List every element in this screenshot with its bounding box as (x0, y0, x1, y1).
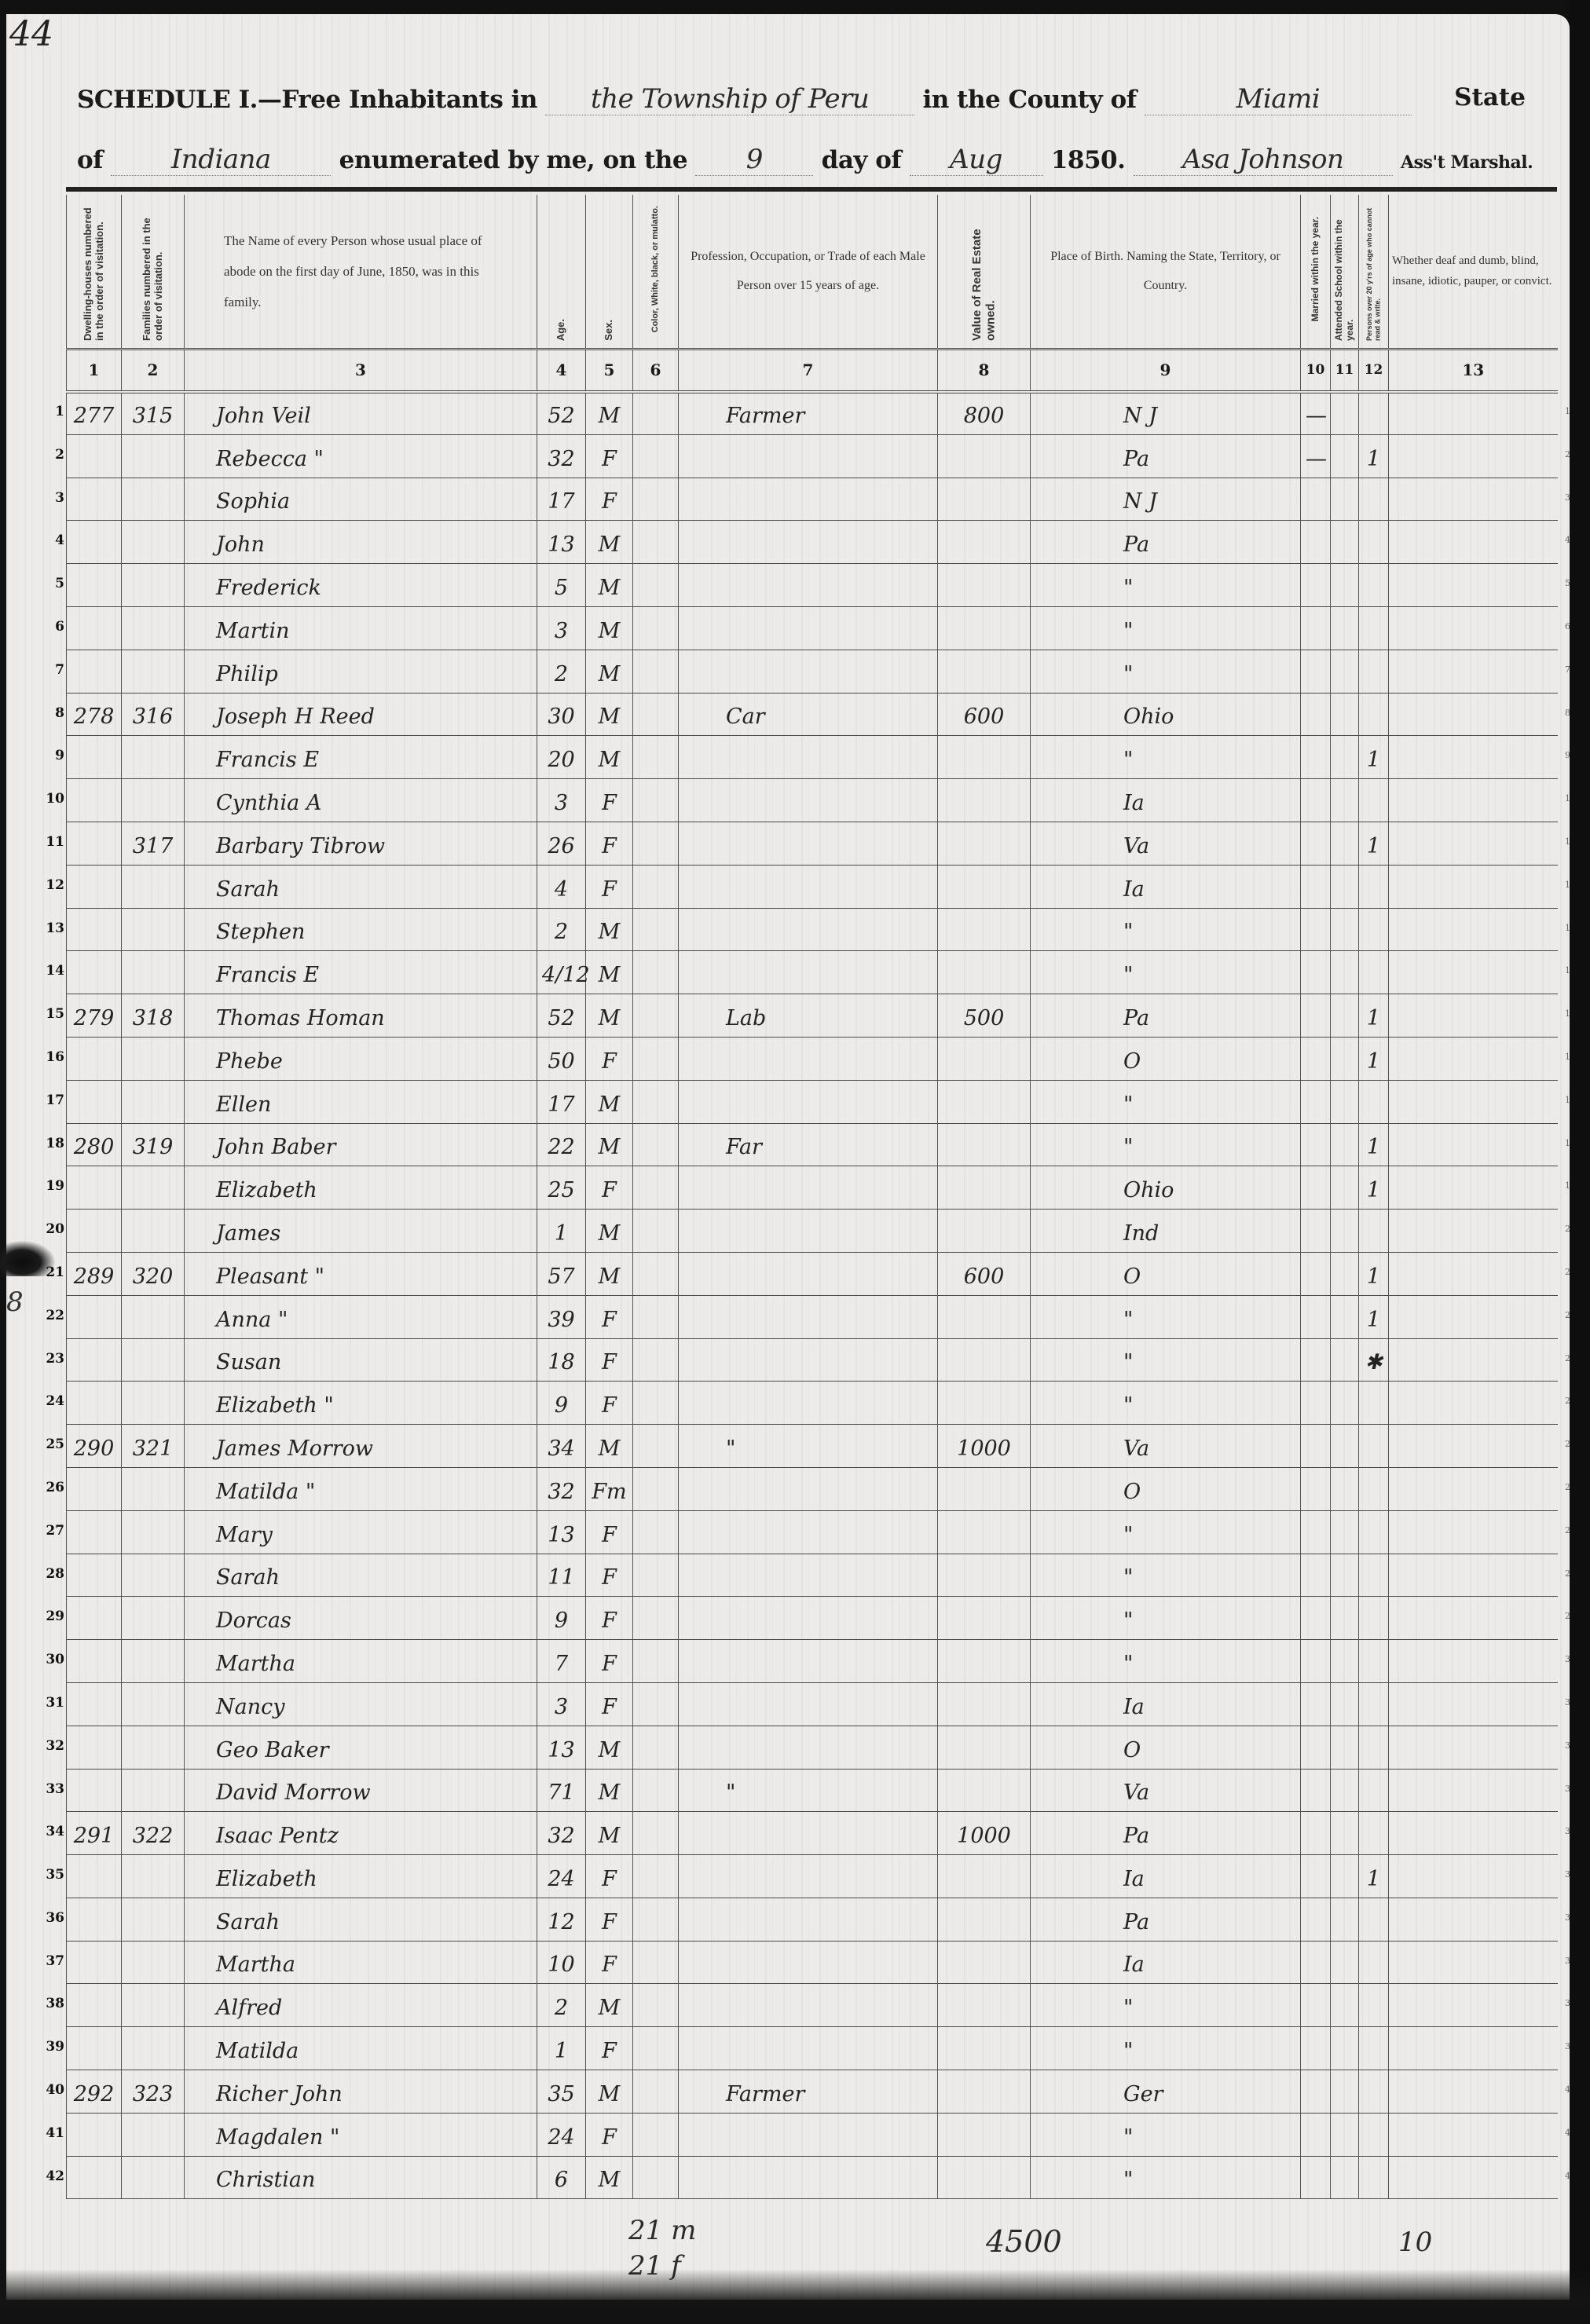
family-number (122, 1682, 185, 1726)
real-estate-value (938, 951, 1031, 994)
color (633, 1812, 679, 1855)
line-number: 15 (35, 993, 69, 1036)
condition (1389, 1338, 1558, 1382)
sex: F (586, 2027, 633, 2070)
real-estate-value (938, 1123, 1031, 1166)
dwelling-number (67, 1166, 122, 1210)
age: 12 (537, 1898, 586, 1941)
color (633, 392, 679, 435)
age: 32 (537, 1812, 586, 1855)
dwelling-number: 291 (67, 1812, 122, 1855)
school-mark (1331, 2113, 1359, 2156)
dwelling-number (67, 564, 122, 607)
real-estate-value (938, 1941, 1031, 1984)
occupation (679, 521, 938, 564)
color (633, 736, 679, 779)
birthplace: Va (1031, 1425, 1301, 1468)
table-row: Dorcas9F" (67, 1597, 1558, 1640)
line-number: 23 (35, 1338, 69, 1381)
condition (1389, 822, 1558, 865)
illiterate-mark (1359, 1984, 1389, 2027)
line-number: 36 (35, 1897, 69, 1940)
person-name: Matilda " (185, 1467, 537, 1510)
condition (1389, 1597, 1558, 1640)
married-mark (1301, 521, 1331, 564)
table-row: Susan18F"✱ (67, 1338, 1558, 1382)
condition (1389, 865, 1558, 908)
dwelling-number (67, 1597, 122, 1640)
occupation: Car (679, 693, 938, 736)
dwelling-number: 280 (67, 1123, 122, 1166)
person-name: Christian (185, 2156, 537, 2199)
age: 17 (537, 1080, 586, 1123)
birthplace: " (1031, 951, 1301, 994)
birthplace: Pa (1031, 434, 1301, 478)
color (633, 1554, 679, 1597)
age: 30 (537, 693, 586, 736)
line-number: 6 (35, 606, 69, 649)
school-mark (1331, 1554, 1359, 1597)
table-row: Matilda "32FmO (67, 1467, 1558, 1510)
header-line-1: SCHEDULE I.—Free Inhabitants in the Town… (77, 83, 1412, 115)
married-mark (1301, 1554, 1331, 1597)
line-number: 5 (35, 562, 69, 606)
color (633, 908, 679, 951)
married-mark: — (1301, 392, 1331, 435)
illiterate-mark (1359, 1080, 1389, 1123)
occupation: " (679, 1425, 938, 1468)
ink-blot (0, 1241, 55, 1276)
illiterate-mark (1359, 1425, 1389, 1468)
col-header-dwelling: Dwelling-houses numbered in the order of… (67, 195, 122, 350)
occupation (679, 1210, 938, 1253)
birthplace: Ia (1031, 1682, 1301, 1726)
dwelling-number (67, 1080, 122, 1123)
birthplace: " (1031, 1640, 1301, 1683)
birthplace: O (1031, 1252, 1301, 1295)
illiterate-mark (1359, 392, 1389, 435)
married-mark (1301, 2070, 1331, 2114)
illiterate-mark: ✱ (1359, 1338, 1389, 1382)
occupation (679, 1941, 938, 1984)
real-estate-value (938, 736, 1031, 779)
state-label: State (1454, 83, 1526, 112)
family-number: 323 (122, 2070, 185, 2114)
dwelling-number (67, 822, 122, 865)
person-name: Martha (185, 1941, 537, 1984)
dwelling-number: 289 (67, 1252, 122, 1295)
illiterate-mark: 1 (1359, 1037, 1389, 1080)
school-mark (1331, 994, 1359, 1038)
line-number: 14 (35, 950, 69, 993)
condition (1389, 2070, 1558, 2114)
school-mark (1331, 951, 1359, 994)
person-name: Anna " (185, 1295, 537, 1338)
table-row: Martha7F" (67, 1640, 1558, 1683)
condition (1389, 1640, 1558, 1683)
occupation (679, 908, 938, 951)
table-row: David Morrow71M"Va (67, 1769, 1558, 1812)
sex: F (586, 478, 633, 521)
family-number (122, 1166, 185, 1210)
family-number (122, 2027, 185, 2070)
occupation (679, 1726, 938, 1769)
real-estate-value (938, 606, 1031, 650)
table-row: 290321James Morrow34M"1000Va (67, 1425, 1558, 1468)
color (633, 1295, 679, 1338)
married-mark (1301, 1210, 1331, 1253)
census-rows: 277315John Veil52MFarmer800N J—Rebecca "… (67, 392, 1558, 2199)
color (633, 1640, 679, 1683)
line-number: 39 (35, 2026, 69, 2069)
table-row: Sarah12FPa (67, 1898, 1558, 1941)
sex: M (586, 1252, 633, 1295)
real-estate-value (938, 2070, 1031, 2114)
person-name: Sarah (185, 865, 537, 908)
person-name: Francis E (185, 951, 537, 994)
dwelling-number (67, 650, 122, 693)
age: 20 (537, 736, 586, 779)
illiterate-mark (1359, 693, 1389, 736)
person-name: Sophia (185, 478, 537, 521)
birthplace: " (1031, 1984, 1301, 2027)
birthplace: " (1031, 908, 1301, 951)
real-estate-value (938, 1338, 1031, 1382)
condition (1389, 951, 1558, 994)
line-number: 35 (35, 1854, 69, 1897)
table-row: 317Barbary Tibrow26FVa1 (67, 822, 1558, 865)
col-header-family: Families numbered in the order of visita… (122, 195, 185, 350)
birthplace: Ia (1031, 865, 1301, 908)
married-mark (1301, 1338, 1331, 1382)
occupation (679, 1597, 938, 1640)
real-estate-value: 600 (938, 693, 1031, 736)
year-label: 1850. (1051, 146, 1126, 174)
table-row: 291322Isaac Pentz32M1000Pa (67, 1812, 1558, 1855)
married-mark (1301, 822, 1331, 865)
table-row: Sophia17FN J (67, 478, 1558, 521)
table-row: Rebecca "32FPa—1 (67, 434, 1558, 478)
real-estate-value: 600 (938, 1252, 1031, 1295)
county-prefix-label: in the County of (922, 86, 1136, 114)
married-mark (1301, 1123, 1331, 1166)
color (633, 1726, 679, 1769)
person-name: Geo Baker (185, 1726, 537, 1769)
real-estate-value: 500 (938, 994, 1031, 1038)
married-mark: — (1301, 434, 1331, 478)
occupation (679, 564, 938, 607)
age: 17 (537, 478, 586, 521)
person-name: Stephen (185, 908, 537, 951)
age: 6 (537, 2156, 586, 2199)
table-row: Frederick5M" (67, 564, 1558, 607)
family-number (122, 2156, 185, 2199)
dwelling-number: 277 (67, 392, 122, 435)
illiterate-mark (1359, 1682, 1389, 1726)
table-row: Cynthia A3FIa (67, 779, 1558, 822)
illiterate-mark (1359, 1812, 1389, 1855)
married-mark (1301, 1080, 1331, 1123)
color (633, 1037, 679, 1080)
table-row: Elizabeth "9F" (67, 1382, 1558, 1425)
occupation (679, 1640, 938, 1683)
occupation (679, 1166, 938, 1210)
married-mark (1301, 1037, 1331, 1080)
school-mark (1331, 564, 1359, 607)
family-number: 320 (122, 1252, 185, 1295)
table-row: Martin3M" (67, 606, 1558, 650)
married-mark (1301, 1467, 1331, 1510)
married-mark (1301, 1984, 1331, 2027)
dwelling-number (67, 1726, 122, 1769)
sex: F (586, 865, 633, 908)
person-name: John Baber (185, 1123, 537, 1166)
illiterate-total: 10 (1398, 2227, 1432, 2258)
table-row: Francis E20M"1 (67, 736, 1558, 779)
school-mark (1331, 1252, 1359, 1295)
of-label: of (77, 146, 103, 174)
occupation: Farmer (679, 392, 938, 435)
dwelling-number (67, 1640, 122, 1683)
table-row: Stephen2M" (67, 908, 1558, 951)
real-estate-value (938, 2027, 1031, 2070)
col-num: 4 (537, 350, 586, 392)
col-header-color: Color, White, black, or mulatto. (633, 195, 679, 350)
person-name: Sarah (185, 1554, 537, 1597)
line-number: 4 (35, 519, 69, 562)
dwelling-number (67, 1510, 122, 1554)
occupation (679, 1855, 938, 1898)
color (633, 521, 679, 564)
col-header-married: Married within the year. (1301, 195, 1331, 350)
condition (1389, 1295, 1558, 1338)
occupation (679, 1037, 938, 1080)
occupation (679, 650, 938, 693)
enumerated-label: enumerated by me, on the (339, 146, 687, 174)
occupation (679, 1338, 938, 1382)
condition (1389, 779, 1558, 822)
married-mark (1301, 908, 1331, 951)
line-number: 12 (35, 864, 69, 907)
real-estate-value: 1000 (938, 1425, 1031, 1468)
school-mark (1331, 822, 1359, 865)
family-number (122, 908, 185, 951)
sex: F (586, 2113, 633, 2156)
occupation (679, 736, 938, 779)
line-number: 42 (35, 2155, 69, 2198)
color (633, 1338, 679, 1382)
real-estate-value (938, 1769, 1031, 1812)
birthplace: " (1031, 1554, 1301, 1597)
line-number: 9 (35, 734, 69, 778)
table-row: Philip2M" (67, 650, 1558, 693)
age: 13 (537, 1726, 586, 1769)
illiterate-mark: 1 (1359, 1855, 1389, 1898)
color (633, 951, 679, 994)
age: 3 (537, 1682, 586, 1726)
school-mark (1331, 1640, 1359, 1683)
page-number: 44 (9, 14, 53, 54)
table-row: Elizabeth25FOhio1 (67, 1166, 1558, 1210)
color (633, 1080, 679, 1123)
family-number (122, 1726, 185, 1769)
person-name: Philip (185, 650, 537, 693)
condition (1389, 1467, 1558, 1510)
person-name: Dorcas (185, 1597, 537, 1640)
color (633, 564, 679, 607)
dwelling-number (67, 521, 122, 564)
occupation (679, 1682, 938, 1726)
line-number: 2 (35, 434, 69, 477)
line-number: 30 (35, 1638, 69, 1682)
condition (1389, 1037, 1558, 1080)
age: 11 (537, 1554, 586, 1597)
condition (1389, 1382, 1558, 1425)
married-mark (1301, 1682, 1331, 1726)
condition (1389, 606, 1558, 650)
state-field: Indiana (111, 144, 331, 176)
family-number (122, 2113, 185, 2156)
dwelling-number (67, 908, 122, 951)
person-name: James Morrow (185, 1425, 537, 1468)
family-number (122, 1898, 185, 1941)
dwelling-number (67, 2113, 122, 2156)
line-number: 1 (35, 390, 69, 434)
real-estate-value (938, 1898, 1031, 1941)
birthplace: " (1031, 1382, 1301, 1425)
illiterate-mark (1359, 650, 1389, 693)
person-name: Ellen (185, 1080, 537, 1123)
real-estate-value (938, 822, 1031, 865)
sex: M (586, 606, 633, 650)
color (633, 994, 679, 1038)
sex: Fm (586, 1467, 633, 1510)
condition (1389, 2027, 1558, 2070)
birthplace: O (1031, 1726, 1301, 1769)
birthplace: " (1031, 2027, 1301, 2070)
sex: F (586, 1597, 633, 1640)
married-mark (1301, 606, 1331, 650)
dwelling-number (67, 1984, 122, 2027)
person-name: Cynthia A (185, 779, 537, 822)
condition (1389, 478, 1558, 521)
school-mark (1331, 1425, 1359, 1468)
color (633, 1597, 679, 1640)
occupation: Lab (679, 994, 938, 1038)
color (633, 1769, 679, 1812)
condition (1389, 1554, 1558, 1597)
col-num: 3 (185, 350, 537, 392)
age: 10 (537, 1941, 586, 1984)
condition (1389, 2113, 1558, 2156)
occupation (679, 1382, 938, 1425)
birthplace: " (1031, 1510, 1301, 1554)
age: 13 (537, 521, 586, 564)
schedule-label: SCHEDULE I.—Free Inhabitants in (77, 86, 537, 114)
birthplace: Pa (1031, 1812, 1301, 1855)
condition (1389, 1984, 1558, 2027)
line-number: 10 (35, 778, 69, 821)
line-number: 18 (35, 1122, 69, 1166)
married-mark (1301, 736, 1331, 779)
illiterate-mark: 1 (1359, 1123, 1389, 1166)
illiterate-mark: 1 (1359, 1295, 1389, 1338)
birthplace: Ia (1031, 1941, 1301, 1984)
married-mark (1301, 951, 1331, 994)
married-mark (1301, 478, 1331, 521)
birthplace: " (1031, 1338, 1301, 1382)
table-row: 292323Richer John35MFarmerGer (67, 2070, 1558, 2114)
census-table: Dwelling-houses numbered in the order of… (66, 195, 1558, 2199)
person-name: Rebecca " (185, 434, 537, 478)
real-estate-value (938, 521, 1031, 564)
marshal-label: Ass't Marshal. (1401, 152, 1533, 173)
real-estate-value: 1000 (938, 1812, 1031, 1855)
school-mark (1331, 1769, 1359, 1812)
age: 32 (537, 1467, 586, 1510)
line-number: 8 (35, 692, 69, 735)
dwelling-number (67, 1382, 122, 1425)
table-row: Ellen17M" (67, 1080, 1558, 1123)
illiterate-mark (1359, 908, 1389, 951)
real-estate-value (938, 1984, 1031, 2027)
school-mark (1331, 1984, 1359, 2027)
person-name: Thomas Homan (185, 994, 537, 1038)
day-field: 9 (695, 144, 813, 176)
age: 9 (537, 1382, 586, 1425)
illiterate-mark: 1 (1359, 822, 1389, 865)
color (633, 1510, 679, 1554)
line-number: 26 (35, 1466, 69, 1510)
age: 57 (537, 1252, 586, 1295)
family-number (122, 1295, 185, 1338)
color (633, 1682, 679, 1726)
sex: M (586, 521, 633, 564)
birthplace: " (1031, 1080, 1301, 1123)
illiterate-mark (1359, 951, 1389, 994)
color (633, 1166, 679, 1210)
age: 13 (537, 1510, 586, 1554)
sex: F (586, 1037, 633, 1080)
table-row: Nancy3FIa (67, 1682, 1558, 1726)
col-num: 9 (1031, 350, 1301, 392)
township-field: the Township of Peru (545, 83, 914, 115)
school-mark (1331, 1166, 1359, 1210)
family-number (122, 1941, 185, 1984)
col-num: 2 (122, 350, 185, 392)
sex: M (586, 994, 633, 1038)
person-name: John Veil (185, 392, 537, 435)
real-estate-value (938, 1467, 1031, 1510)
table-row: Phebe50FO1 (67, 1037, 1558, 1080)
married-mark (1301, 693, 1331, 736)
illiterate-mark (1359, 1382, 1389, 1425)
col-num: 12 (1359, 350, 1389, 392)
dwelling-number (67, 736, 122, 779)
age: 50 (537, 1037, 586, 1080)
school-mark (1331, 1510, 1359, 1554)
col-num: 13 (1389, 350, 1558, 392)
school-mark (1331, 1597, 1359, 1640)
occupation (679, 478, 938, 521)
birthplace: " (1031, 564, 1301, 607)
school-mark (1331, 908, 1359, 951)
table-row: Sarah4FIa (67, 865, 1558, 908)
birthplace: Pa (1031, 1898, 1301, 1941)
real-estate-value (938, 1640, 1031, 1683)
dwelling-number (67, 1338, 122, 1382)
age: 24 (537, 1855, 586, 1898)
